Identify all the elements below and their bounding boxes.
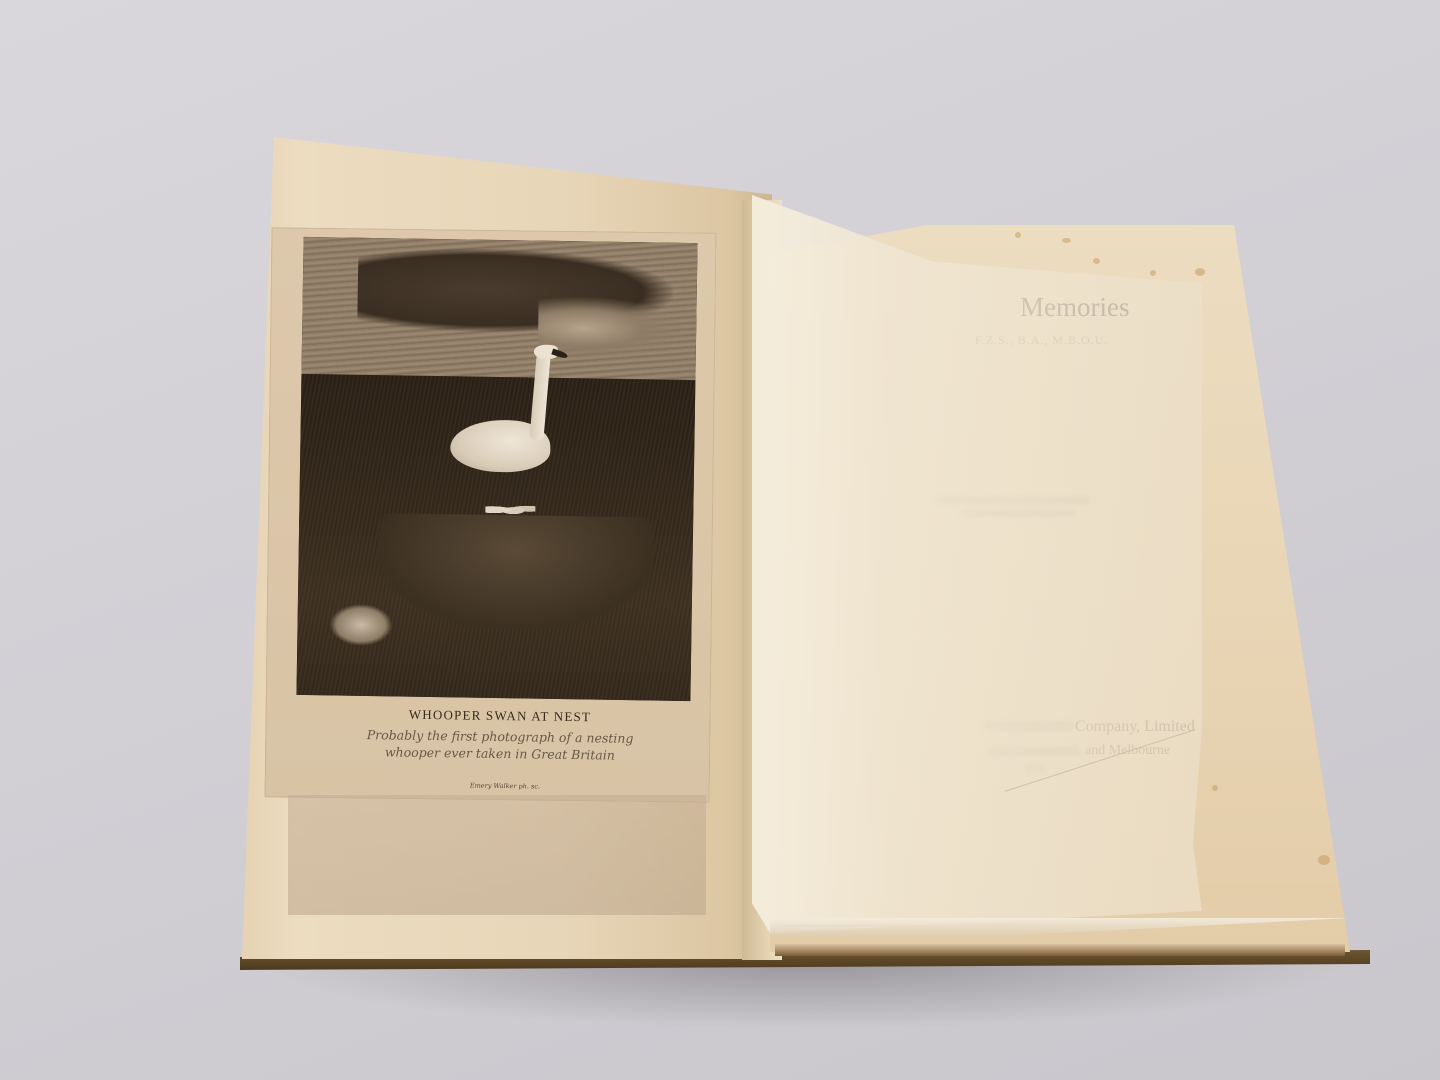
right-page-block-edge [775, 944, 1345, 956]
foxing-spot [1093, 258, 1100, 264]
puddle [329, 604, 393, 646]
foxing-spot [1062, 238, 1071, 243]
tissue-guard-sheet [752, 195, 1202, 933]
foxing-spot [1318, 855, 1330, 865]
photo-scene: WHOOPER SWAN AT NEST Probably the first … [0, 0, 1440, 1080]
foxing-spot [1150, 270, 1156, 276]
plate-caption-subtitle: Probably the first photograph of a nesti… [300, 725, 700, 765]
foxing-spot [1015, 232, 1021, 238]
nest-eggs [485, 502, 535, 517]
swan-photograph [296, 237, 697, 701]
book-shadow [250, 960, 1360, 1030]
foxing-spot [1212, 785, 1218, 791]
foxing-spot [1195, 268, 1205, 276]
plate-impression [288, 795, 706, 915]
nest-mound [376, 513, 654, 632]
